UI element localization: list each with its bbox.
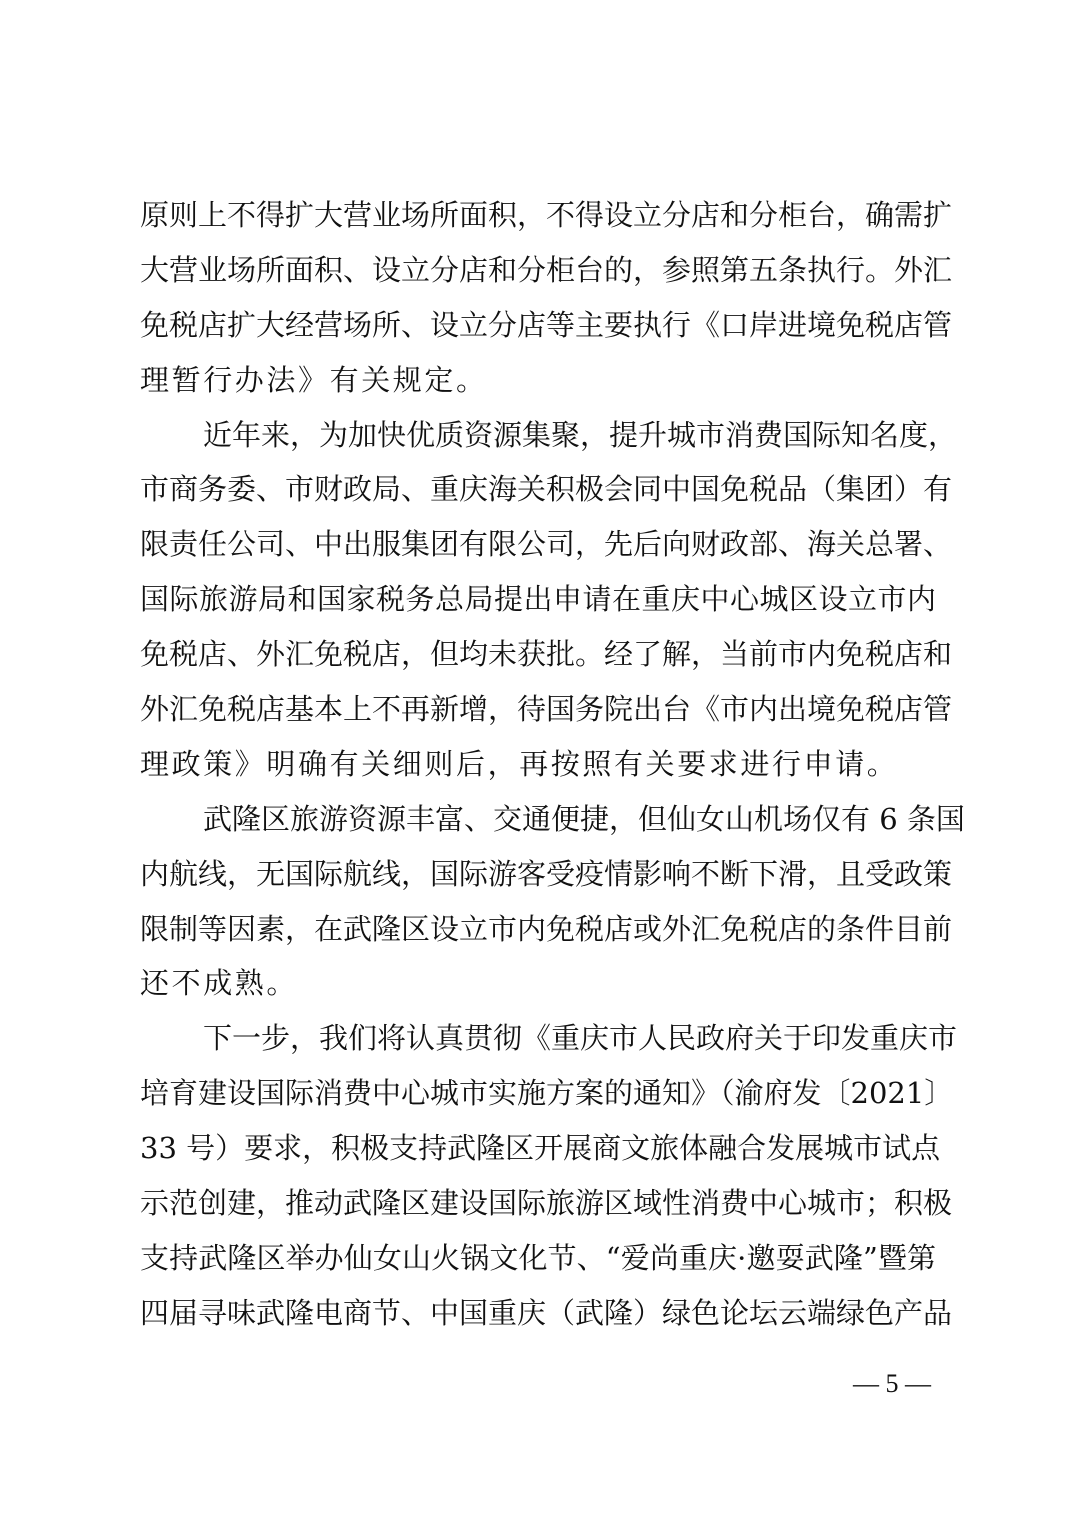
paragraph-4: 下一步，我们将认真贯彻《重庆市人民政府关于印发重庆市 培育建设国际消费中心城市实… [140, 1011, 936, 1340]
body-text: 原则上不得扩大营业场所面积，不得设立分店和分柜台，确需扩 大营业场所面积、设立分… [140, 188, 936, 1341]
text-line: 限制等因素，在武隆区设立市内免税店或外汇免税店的条件目前 [140, 902, 936, 957]
text-line: 市商务委、市财政局、重庆海关积极会同中国免税品（集团）有 [140, 462, 936, 517]
text-line: 四届寻味武隆电商节、中国重庆（武隆）绿色论坛云端绿色产品 [140, 1286, 936, 1341]
text-line: 国际旅游局和国家税务总局提出申请在重庆中心城区设立市内 [140, 572, 936, 627]
text-line: 外汇免税店基本上不再新增，待国务院出台《市内出境免税店管 [140, 682, 936, 737]
text-line: 33 号）要求，积极支持武隆区开展商文旅体融合发展城市试点 [140, 1121, 936, 1176]
text-line: 下一步，我们将认真贯彻《重庆市人民政府关于印发重庆市 [140, 1011, 936, 1066]
text-line: 原则上不得扩大营业场所面积，不得设立分店和分柜台，确需扩 [140, 188, 936, 243]
text-line: 培育建设国际消费中心城市实施方案的通知》（渝府发〔2021〕 [140, 1066, 936, 1121]
document-page: 原则上不得扩大营业场所面积，不得设立分店和分柜台，确需扩 大营业场所面积、设立分… [0, 0, 1074, 1520]
paragraph-3: 武隆区旅游资源丰富、交通便捷，但仙女山机场仅有 6 条国 内航线，无国际航线，国… [140, 792, 936, 1012]
text-line: 还不成熟。 [140, 956, 936, 1011]
page-number: — 5 — [846, 1364, 938, 1404]
text-line: 内航线，无国际航线，国际游客受疫情影响不断下滑，且受政策 [140, 847, 936, 902]
text-line: 近年来，为加快优质资源集聚，提升城市消费国际知名度， [140, 408, 936, 463]
text-line: 限责任公司、中出服集团有限公司，先后向财政部、海关总署、 [140, 517, 936, 572]
paragraph-1: 原则上不得扩大营业场所面积，不得设立分店和分柜台，确需扩 大营业场所面积、设立分… [140, 188, 936, 408]
text-line: 武隆区旅游资源丰富、交通便捷，但仙女山机场仅有 6 条国 [140, 792, 936, 847]
paragraph-2: 近年来，为加快优质资源集聚，提升城市消费国际知名度， 市商务委、市财政局、重庆海… [140, 408, 936, 792]
text-line: 示范创建，推动武隆区建设国际旅游区域性消费中心城市；积极 [140, 1176, 936, 1231]
text-line: 大营业场所面积、设立分店和分柜台的，参照第五条执行。外汇 [140, 243, 936, 298]
text-line: 理政策》明确有关细则后，再按照有关要求进行申请。 [140, 737, 936, 792]
text-line: 理暂行办法》有关规定。 [140, 353, 936, 408]
text-line: 支持武隆区举办仙女山火锅文化节、“爱尚重庆·邀耍武隆”暨第 [140, 1231, 936, 1286]
text-line: 免税店、外汇免税店，但均未获批。经了解，当前市内免税店和 [140, 627, 936, 682]
text-line: 免税店扩大经营场所、设立分店等主要执行《口岸进境免税店管 [140, 298, 936, 353]
